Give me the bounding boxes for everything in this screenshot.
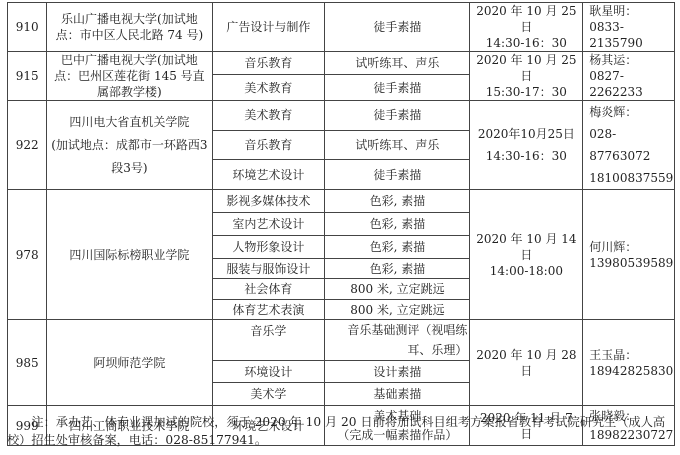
school-name-line1: 四川电大省直机关学院 — [49, 111, 209, 134]
school-code: 985 — [8, 320, 47, 406]
major-name: 服装与服饰设计 — [212, 259, 325, 279]
school-name: 乐山广播电视大学(加试地点：市中区人民北路 74 号) — [47, 3, 212, 52]
school-code: 922 — [8, 101, 47, 190]
major-name: 人物形象设计 — [212, 236, 325, 259]
major-name: 美术学 — [212, 383, 325, 406]
major-name: 社会体育 — [212, 279, 325, 300]
contact: 何川辉：13980539589 — [583, 190, 675, 320]
exam-date: 2020年10月25日 — [472, 123, 580, 145]
exam-subjects: 徒手素描 — [325, 160, 470, 190]
exam-schedule-table: 910 乐山广播电视大学(加试地点：市中区人民北路 74 号) 广告设计与制作 … — [7, 2, 675, 446]
major-name: 音乐教育 — [212, 130, 325, 160]
contact-name: 梅炎辉： — [589, 101, 672, 123]
table-row: 910 乐山广播电视大学(加试地点：市中区人民北路 74 号) 广告设计与制作 … — [8, 3, 675, 52]
major-name: 音乐学 — [212, 320, 325, 361]
exam-datetime: 2020 年 10 月 25 日15:30-17：30 — [470, 52, 583, 101]
exam-subjects: 试听练耳、声乐 — [325, 52, 470, 75]
exam-time: 14:00-18:00 — [472, 263, 580, 279]
school-name: 四川电大省直机关学院(加试地点：成都市一环路西3段3号) — [47, 101, 212, 190]
school-code: 910 — [8, 3, 47, 52]
school-name-line2: (加试地点：成都市一环路西3段3号) — [49, 134, 209, 180]
major-name: 影视多媒体技术 — [212, 190, 325, 213]
contact-phone: 0833-2135790 — [589, 19, 672, 51]
contact: 杨其运：0827-2262233 — [583, 52, 675, 101]
contact-name: 王玉晶： — [589, 347, 672, 363]
major-name: 体育艺术表演 — [212, 300, 325, 320]
major-name: 音乐教育 — [212, 52, 325, 75]
school-code: 978 — [8, 190, 47, 320]
table-row: 915 巴中广播电视大学(加试地点：巴州区莲花街 145 号直属部教学楼) 音乐… — [8, 52, 675, 75]
exam-subjects: 色彩, 素描 — [325, 213, 470, 236]
contact-name: 耿星明： — [589, 3, 672, 19]
exam-subjects: 徒手素描 — [325, 101, 470, 131]
exam-subjects: 音乐基础测评（视唱练耳、乐理） — [325, 320, 470, 361]
exam-subjects: 800 米, 立定跳远 — [325, 300, 470, 320]
exam-datetime: 2020 年 10 月 25 日14:30-16：30 — [470, 3, 583, 52]
exam-date: 2020 年 10 月 25 日 — [472, 3, 580, 35]
major-name: 室内艺术设计 — [212, 213, 325, 236]
exam-time: 14:30-16：30 — [472, 35, 580, 51]
exam-date: 2020 年 10 月 14 日 — [472, 231, 580, 263]
table-row: 985 阿坝师范学院 音乐学 音乐基础测评（视唱练耳、乐理） 2020 年 10… — [8, 320, 675, 361]
table-row: 922 四川电大省直机关学院(加试地点：成都市一环路西3段3号) 美术教育 徒手… — [8, 101, 675, 131]
school-name: 四川国际标榜职业学院 — [47, 190, 212, 320]
contact-phone: 18942825830 — [589, 363, 672, 379]
contact-phone: 0827-2262233 — [589, 68, 672, 100]
contact-phone: 028-87763072 — [589, 123, 672, 167]
contact-name: 何川辉： — [589, 239, 672, 255]
contact: 耿星明：0833-2135790 — [583, 3, 675, 52]
exam-datetime: 2020年10月25日14:30-16：30 — [470, 101, 583, 190]
contact-phone: 13980539589 — [589, 255, 672, 271]
exam-subjects: 徒手素描 — [325, 3, 470, 52]
table-row: 978 四川国际标榜职业学院 影视多媒体技术 色彩, 素描 2020 年 10 … — [8, 190, 675, 213]
school-code: 915 — [8, 52, 47, 101]
exam-subjects: 800 米, 立定跳远 — [325, 279, 470, 300]
contact: 梅炎辉：028-8776307218100837559 — [583, 101, 675, 190]
exam-subjects: 设计素描 — [325, 361, 470, 383]
footnote: 注：承办艺、体专业课加试的院校，须于 2020 年 10 月 20 日前将加试科… — [7, 413, 675, 449]
major-name: 环境设计 — [212, 361, 325, 383]
exam-time: 14:30-16：30 — [472, 145, 580, 167]
exam-subjects: 基础素描 — [325, 383, 470, 406]
exam-subjects: 色彩, 素描 — [325, 190, 470, 213]
exam-date: 2020 年 10 月 25 日 — [472, 52, 580, 84]
exam-datetime: 2020 年 10 月 14 日14:00-18:00 — [470, 190, 583, 320]
exam-subjects: 色彩, 素描 — [325, 236, 470, 259]
major-name: 美术教育 — [212, 101, 325, 131]
exam-time: 15:30-17：30 — [472, 84, 580, 100]
major-name: 美术教育 — [212, 75, 325, 101]
school-name: 巴中广播电视大学(加试地点：巴州区莲花街 145 号直属部教学楼) — [47, 52, 212, 101]
major-name: 环境艺术设计 — [212, 160, 325, 190]
school-name: 阿坝师范学院 — [47, 320, 212, 406]
major-name: 广告设计与制作 — [212, 3, 325, 52]
contact-name: 杨其运： — [589, 52, 672, 68]
contact-phone-2: 18100837559 — [589, 167, 672, 189]
exam-subjects: 色彩, 素描 — [325, 259, 470, 279]
exam-subjects: 徒手素描 — [325, 75, 470, 101]
exam-date: 2020 年 10 月 28 日 — [470, 320, 583, 406]
exam-subjects: 试听练耳、声乐 — [325, 130, 470, 160]
contact: 王玉晶：18942825830 — [583, 320, 675, 406]
